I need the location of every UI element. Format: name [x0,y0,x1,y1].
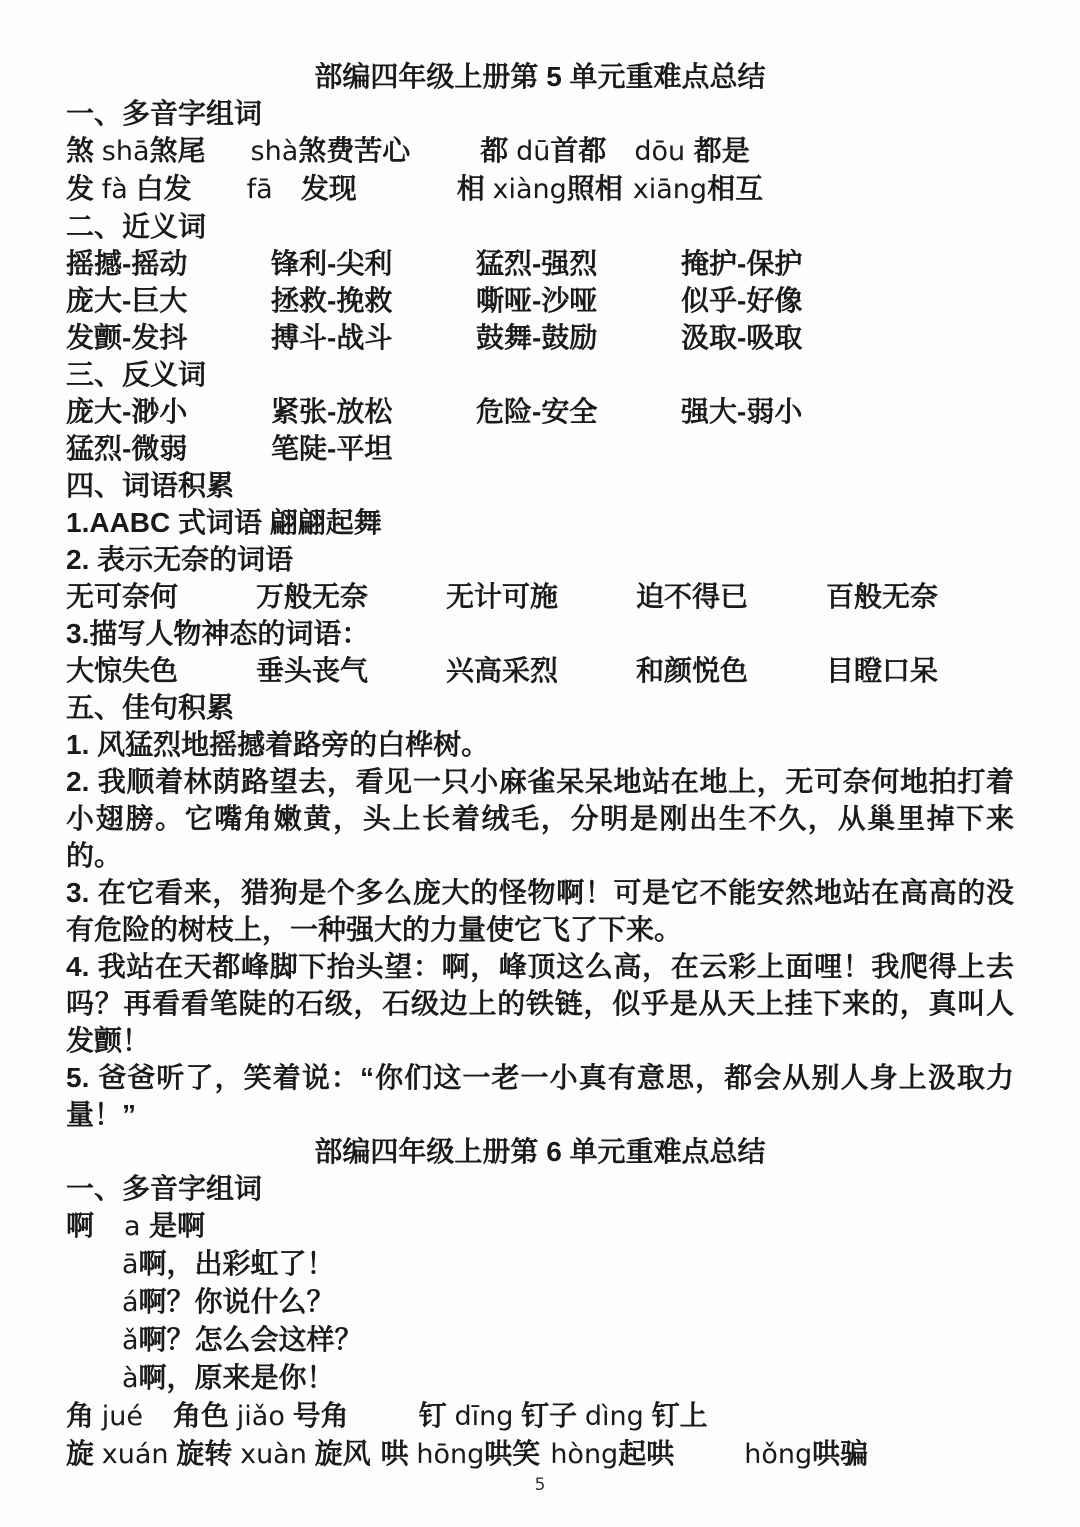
word: 目瞪口呆 [826,655,938,686]
unit5-section5-heading: 五、佳句积累 [66,689,1014,726]
word: 角色 [173,1400,237,1431]
word-pair: 猛烈-微弱 [66,430,271,467]
synonym-row: 庞大-巨大拯救-挽救嘶哑-沙哑似乎-好像 [66,282,1014,319]
sentence: 4. 我站在天都峰脚下抬头望：啊，峰顶这么高，在云彩上面哩！我爬得上去吗？再看看… [66,948,1014,1059]
pinyin: fà [102,174,128,205]
word-pair: 紧张-放松 [271,393,476,430]
word: 起哄 [618,1438,674,1469]
tone-example: á啊？你说什么？ [66,1283,1014,1321]
hanzi: 角 [66,1400,102,1431]
word-pair: 庞大-巨大 [66,282,271,319]
word: 哄笑 [484,1438,540,1469]
hanzi: 煞 [66,135,102,166]
word: 和颜悦色 [636,652,826,689]
pinyin: fā [247,174,273,205]
pinyin: á [122,1287,139,1318]
word: 照相 [567,173,623,204]
pinyin: dīng [454,1401,513,1432]
hanzi: 哄 [381,1438,417,1469]
pinyin: hōng [416,1439,484,1470]
word: 大惊失色 [66,652,256,689]
word-pair: 强大-弱小 [681,396,802,427]
polyphone-row: 旋 xuán 旋转 xuàn 旋风哄 hōng哄笑hòng起哄hǒng哄骗 [66,1435,1014,1473]
word-pair: 猛烈-强烈 [476,245,681,282]
word: 旋转 [169,1438,241,1469]
word-pair: 汲取-吸取 [681,322,802,353]
word-accumulation-item: 1.AABC 式词语 翩翩起舞 [66,504,1014,541]
example-text: 啊？你说什么？ [139,1286,335,1317]
word: 煞费苦心 [298,135,410,166]
word-pair: 庞大-渺小 [66,393,271,430]
word: 钉上 [644,1400,708,1431]
word: 发现 [301,173,357,204]
word: 兴高采烈 [446,652,636,689]
example-text: 啊？怎么会这样？ [139,1324,363,1355]
word-pair: 摇撼-摇动 [66,245,271,282]
word-accumulation-item: 2. 表示无奈的词语 [66,541,1014,578]
word: 百般无奈 [826,581,938,612]
polyphone-row: 啊a 是啊 [66,1207,1014,1245]
pinyin: ā [122,1249,139,1280]
sentence: 5. 爸爸听了，笑着说：“你们这一老一小真有意思，都会从别人身上汲取力量！” [66,1059,1014,1133]
pinyin: dōu [634,136,693,167]
expression-words-row: 大惊失色垂头丧气兴高采烈和颜悦色目瞪口呆 [66,652,1014,689]
word: 无可奈何 [66,578,256,615]
pinyin: ǎ [122,1325,139,1356]
word: 是啊 [149,1210,205,1241]
example-text: 啊，出彩虹了！ [139,1248,335,1279]
word-pair: 嘶哑-沙哑 [476,282,681,319]
word-accumulation-item: 3.描写人物神态的词语： [66,615,1014,652]
synonym-row: 摇撼-摇动锋利-尖利猛烈-强烈掩护-保护 [66,245,1014,282]
word: 旋风 [307,1438,371,1469]
hanzi: 旋 [66,1438,102,1469]
unit5-title: 部编四年级上册第 5 单元重难点总结 [66,58,1014,95]
word: 万般无奈 [256,578,446,615]
pinyin: xiàng [492,174,566,205]
pinyin: jiǎo [237,1401,285,1432]
unit6-section1-heading: 一、多音字组词 [66,1170,1014,1207]
pinyin: xuàn [240,1439,307,1470]
page-number: 5 [0,1475,1080,1495]
word-pair: 拯救-挽救 [271,282,476,319]
hanzi: 都 [480,135,516,166]
pinyin: hǒng [744,1439,812,1470]
word: 垂头丧气 [256,652,446,689]
word-pair: 搏斗-战斗 [271,319,476,356]
polyphone-row: 发 fà 白发fā发现相 xiàng照相xiāng相互 [66,170,1014,208]
hanzi: 啊 [66,1210,94,1241]
tone-example: ā啊，出彩虹了！ [66,1245,1014,1283]
unit5-section2-heading: 二、近义词 [66,208,1014,245]
antonym-row: 猛烈-微弱笔陡-平坦 [66,430,1014,467]
pinyin: shà [251,136,299,167]
unit6-title: 部编四年级上册第 6 单元重难点总结 [66,1133,1014,1170]
pinyin: dū [516,136,550,167]
hanzi: 发 [66,173,102,204]
pinyin: jué [102,1401,143,1432]
helpless-words-row: 无可奈何万般无奈无计可施迫不得已百般无奈 [66,578,1014,615]
word-pair: 掩护-保护 [681,248,802,279]
word: 哄骗 [812,1438,868,1469]
sentence: 1. 风猛烈地摇撼着路旁的白桦树。 [66,726,1014,763]
pinyin: shā [102,136,150,167]
word-pair: 鼓舞-鼓励 [476,319,681,356]
word: 钉子 [513,1400,585,1431]
unit5-section1-heading: 一、多音字组词 [66,95,1014,132]
pinyin: hòng [550,1439,618,1470]
word-pair: 锋利-尖利 [271,245,476,282]
word-pair: 发颤-发抖 [66,319,271,356]
sentence: 2. 我顺着林荫路望去，看见一只小麻雀呆呆地站在地上，无可奈何地拍打着小翅膀。它… [66,763,1014,874]
word: 相互 [707,173,763,204]
word-pair: 似乎-好像 [681,285,802,316]
hanzi: 钉 [419,1400,455,1431]
word: 迫不得已 [636,578,826,615]
document-content: 部编四年级上册第 5 单元重难点总结 一、多音字组词 煞 shā煞尾shà煞费苦… [0,0,1080,1473]
word: 无计可施 [446,578,636,615]
pinyin: a [124,1211,149,1242]
word-pair: 危险-安全 [476,393,681,430]
pinyin: dìng [585,1401,644,1432]
pinyin: xuán [102,1439,169,1470]
word: 号角 [285,1400,349,1431]
unit5-section3-heading: 三、反义词 [66,356,1014,393]
word: 煞尾 [150,135,206,166]
unit5-section4-heading: 四、词语积累 [66,467,1014,504]
tone-example: ǎ啊？怎么会这样？ [66,1321,1014,1359]
word: 都是 [694,135,750,166]
hanzi: 相 [457,173,493,204]
example-text: 啊，原来是你！ [139,1362,335,1393]
pinyin: à [122,1363,139,1394]
antonym-row: 庞大-渺小紧张-放松危险-安全强大-弱小 [66,393,1014,430]
word: 首都 [550,135,606,166]
tone-example: à啊，原来是你！ [66,1359,1014,1397]
document-page: 部编四年级上册第 5 单元重难点总结 一、多音字组词 煞 shā煞尾shà煞费苦… [0,0,1080,1527]
synonym-row: 发颤-发抖搏斗-战斗鼓舞-鼓励汲取-吸取 [66,319,1014,356]
pinyin: xiāng [633,174,707,205]
polyphone-row: 角 jué角色 jiǎo 号角钉 dīng 钉子 dìng 钉上 [66,1397,1014,1435]
polyphone-row: 煞 shā煞尾shà煞费苦心都 dū首都dōu 都是 [66,132,1014,170]
word: 白发 [128,173,192,204]
word-pair: 笔陡-平坦 [271,433,392,464]
sentence: 3. 在它看来，猎狗是个多么庞大的怪物啊！可是它不能安然地站在高高的没有危险的树… [66,874,1014,948]
